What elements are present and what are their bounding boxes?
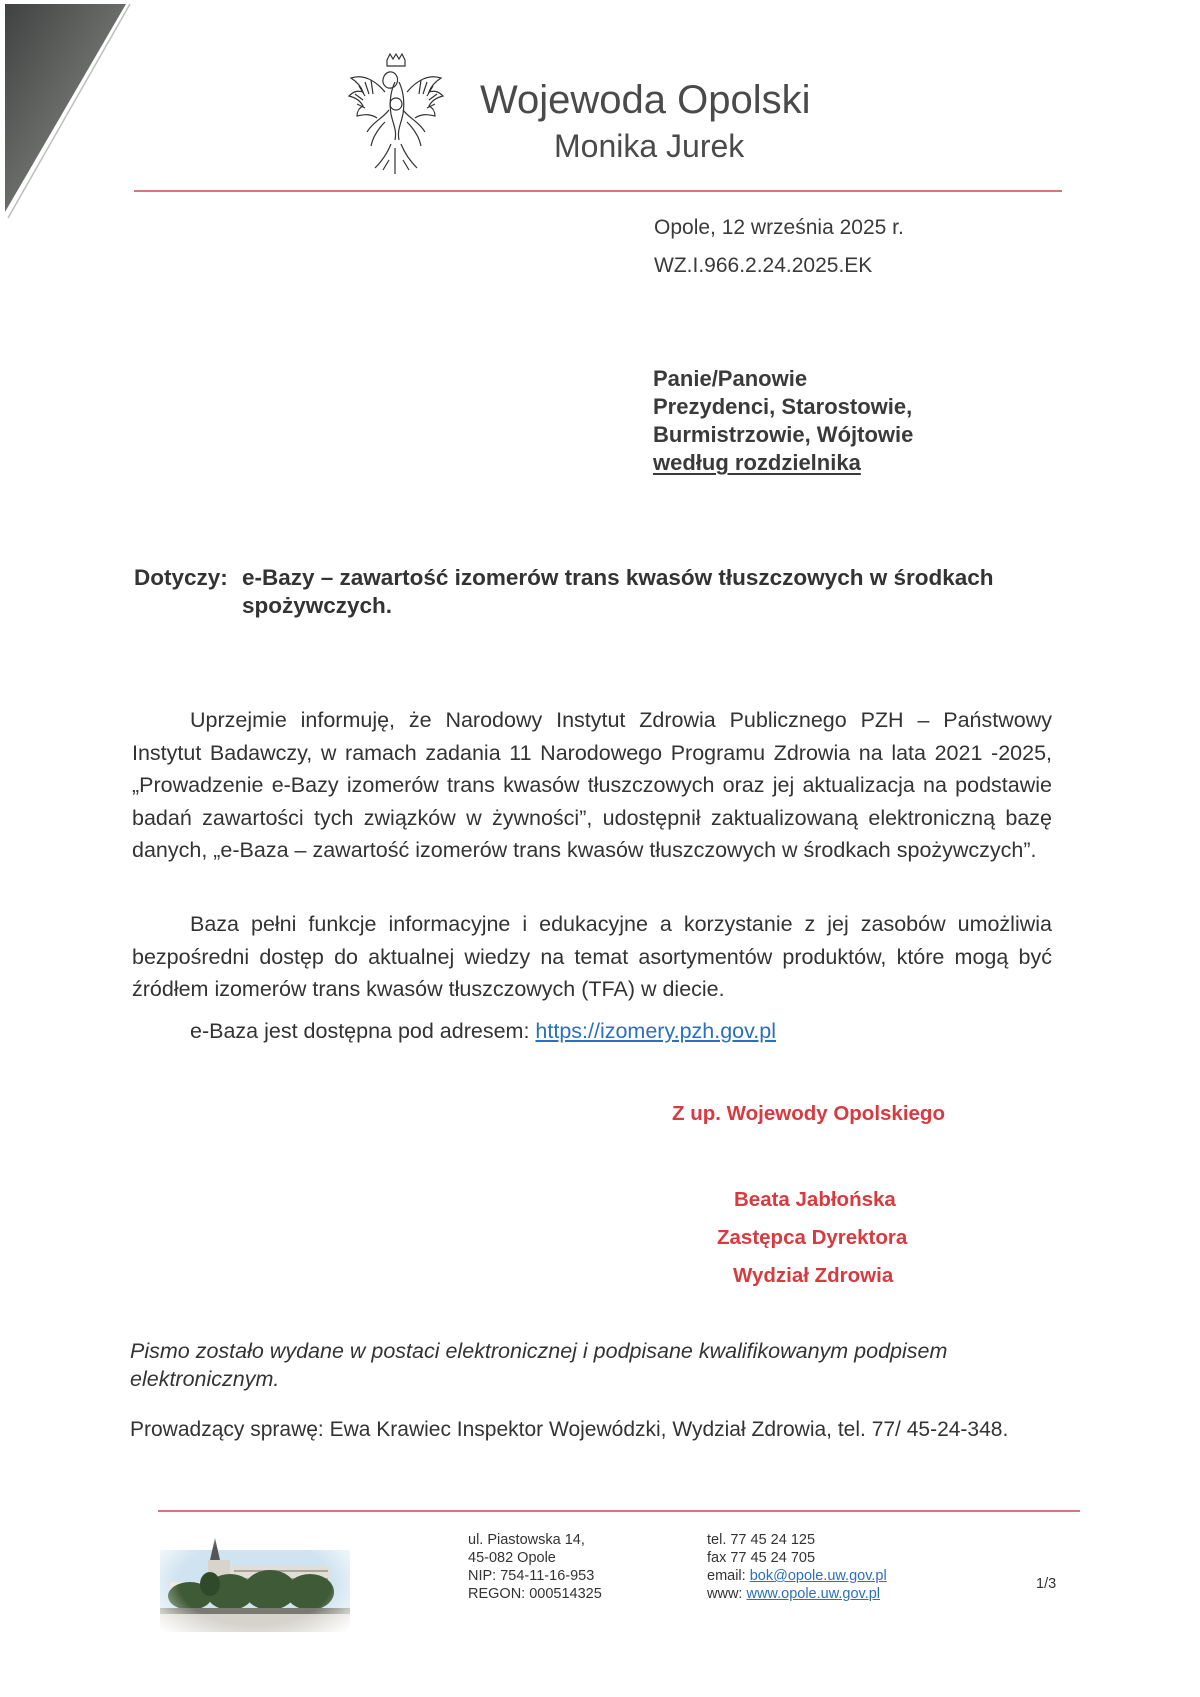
- header-divider: [134, 190, 1062, 192]
- footer-contact: tel. 77 45 24 125 fax 77 45 24 705 email…: [707, 1531, 887, 1603]
- availability-paragraph: e-Baza jest dostępna pod adresem: https:…: [132, 1015, 1052, 1048]
- footer-divider: [158, 1510, 1080, 1512]
- website-link[interactable]: www.opole.uw.gov.pl: [746, 1586, 880, 1602]
- place-date: Opole, 12 września 2025 r.: [654, 216, 904, 240]
- footer-address: ul. Piastowska 14, 45-082 Opole NIP: 754…: [468, 1531, 602, 1603]
- signatory-position: Zastępca Dyrektora: [717, 1226, 907, 1250]
- case-officer-note: Prowadzący sprawę: Ewa Krawiec Inspektor…: [130, 1418, 1008, 1442]
- footer-tel: tel. 77 45 24 125: [707, 1531, 887, 1549]
- electronic-signature-note: Pismo zostało wydane w postaci elektroni…: [130, 1337, 1070, 1393]
- footer-fax: fax 77 45 24 705: [707, 1549, 887, 1567]
- body-paragraph: Baza pełni funkcje informacyjne i edukac…: [132, 908, 1052, 1006]
- subject-text: e-Bazy – zawartość izomerów trans kwasów…: [242, 565, 994, 590]
- corner-decoration: [0, 0, 140, 230]
- addressee-line: Panie/Panowie: [653, 365, 913, 393]
- subject-label: Dotyczy:: [134, 564, 242, 592]
- subject-block: Dotyczy:e-Bazy – zawartość izomerów tran…: [134, 564, 1064, 620]
- polish-eagle-emblem: [345, 52, 445, 180]
- office-title: Wojewoda Opolski: [480, 78, 811, 123]
- body-paragraph: Uprzejmie informuję, że Narodowy Instytu…: [132, 704, 1052, 867]
- signatory-department: Wydział Zdrowia: [733, 1264, 893, 1288]
- addressee-line: Burmistrzowie, Wójtowie: [653, 421, 913, 449]
- subject-text-continued: spożywczych.: [134, 592, 1064, 620]
- distribution-note: według rozdzielnika: [653, 449, 913, 477]
- reference-number: WZ.I.966.2.24.2025.EK: [654, 254, 872, 278]
- office-building-photo: [150, 1530, 360, 1648]
- e-baza-link[interactable]: https://izomery.pzh.gov.pl: [535, 1019, 776, 1043]
- availability-text: e-Baza jest dostępna pod adresem:: [190, 1019, 535, 1043]
- addressee-line: Prezydenci, Starostowie,: [653, 393, 913, 421]
- office-holder-name: Monika Jurek: [554, 128, 744, 165]
- signature-on-behalf: Z up. Wojewody Opolskiego: [672, 1102, 945, 1126]
- email-link[interactable]: bok@opole.uw.gov.pl: [750, 1568, 887, 1584]
- addressee-block: Panie/Panowie Prezydenci, Starostowie, B…: [653, 365, 913, 477]
- page-number: 1/3: [1036, 1576, 1056, 1592]
- signatory-name: Beata Jabłońska: [734, 1188, 896, 1212]
